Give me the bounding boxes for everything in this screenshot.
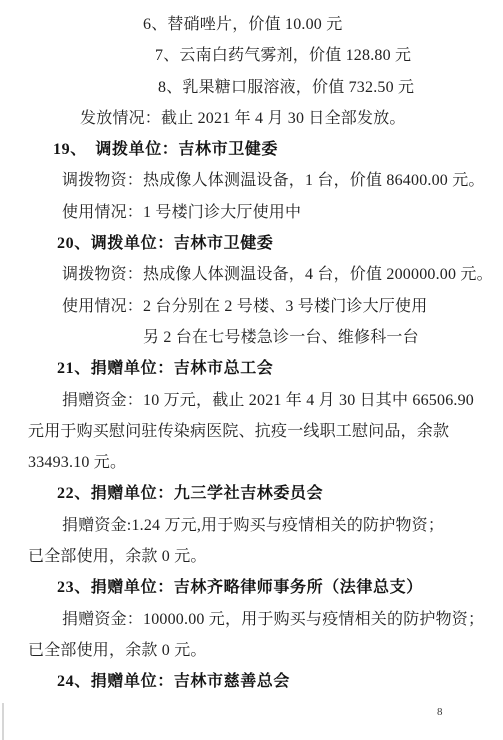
donated-funds-continued: 元用于购买慰问驻传染病医院、抗疫一线职工慰问品，余款	[0, 416, 503, 447]
document-page: 6、替硝唑片，价值 10.00 元 7、云南白药气雾剂，价值 128.80 元 …	[0, 0, 503, 740]
donated-funds-line: 捐赠资金:1.24 万元,用于购买与疫情相关的防护物资；	[0, 510, 503, 541]
section-heading-23: 23、捐赠单位：吉林齐略律师事务所（法律总支）	[0, 572, 503, 603]
usage-status-line: 使用情况：1 号楼门诊大厅使用中	[0, 197, 503, 228]
allocated-goods-line: 调拨物资：热成像人体测温设备，4 台，价值 200000.00 元。	[0, 259, 503, 290]
donated-funds-continued: 33493.10 元。	[0, 447, 503, 478]
section-heading-24: 24、捐赠单位：吉林市慈善总会	[0, 666, 503, 697]
document-text-flow: 6、替硝唑片，价值 10.00 元 7、云南白药气雾剂，价值 128.80 元 …	[0, 9, 503, 698]
section-heading-21: 21、捐赠单位：吉林市总工会	[0, 353, 503, 384]
allocated-goods-line: 调拨物资：热成像人体测温设备，1 台，价值 86400.00 元。	[0, 165, 503, 196]
section-heading-19: 19、 调拨单位：吉林市卫健委	[0, 134, 503, 165]
list-item-medicine-6: 6、替硝唑片，价值 10.00 元	[0, 9, 503, 40]
donated-funds-continued: 已全部使用，余款 0 元。	[0, 635, 503, 666]
usage-status-line: 使用情况：2 台分别在 2 号楼、3 号楼门诊大厅使用	[0, 291, 503, 322]
donated-funds-line: 捐赠资金：10000.00 元，用于购买与疫情相关的防护物资；	[0, 604, 503, 635]
page-number: 8	[437, 706, 443, 718]
section-heading-20: 20、调拨单位：吉林市卫健委	[0, 228, 503, 259]
scan-artifact-mark	[2, 703, 4, 740]
distribution-status-line: 发放情况：截止 2021 年 4 月 30 日全部发放。	[0, 103, 503, 134]
donated-funds-continued: 已全部使用，余款 0 元。	[0, 541, 503, 572]
list-item-medicine-7: 7、云南白药气雾剂，价值 128.80 元	[0, 40, 503, 71]
list-item-medicine-8: 8、乳果糖口服溶液，价值 732.50 元	[0, 72, 503, 103]
donated-funds-line: 捐赠资金：10 万元，截止 2021 年 4 月 30 日其中 66506.90	[0, 385, 503, 416]
section-heading-22: 22、捐赠单位：九三学社吉林委员会	[0, 478, 503, 509]
usage-status-continued: 另 2 台在七号楼急诊一台、维修科一台	[0, 322, 503, 353]
